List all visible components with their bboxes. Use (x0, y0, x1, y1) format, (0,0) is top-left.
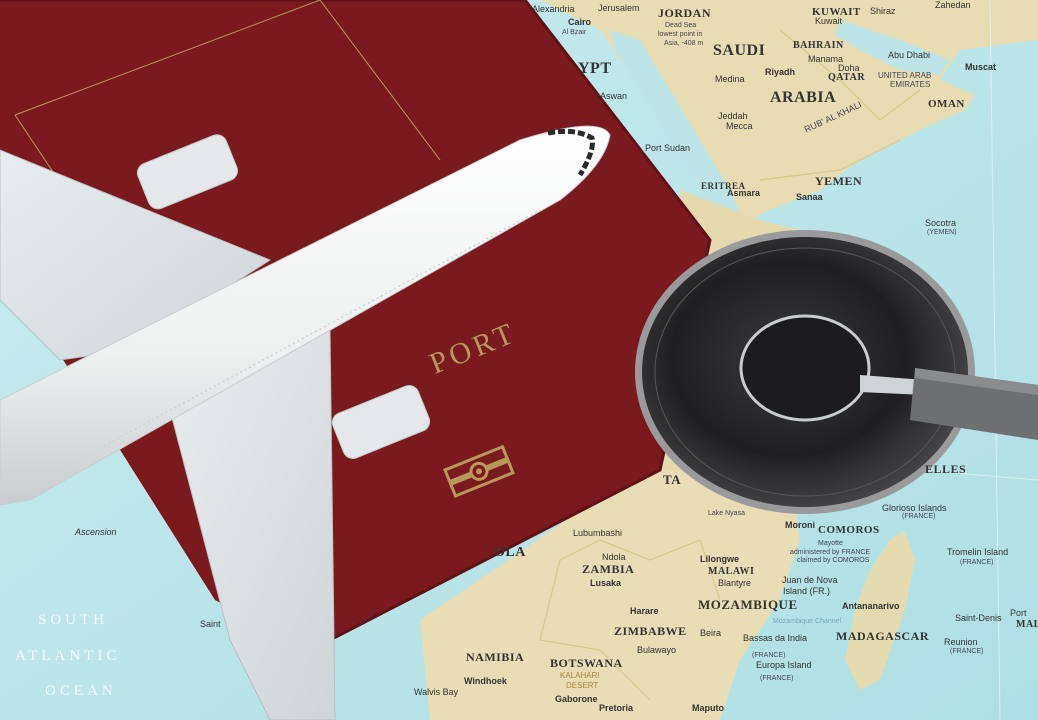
map-label-jeddah: Jeddah (718, 111, 748, 121)
map-label-mauritius: MAL (1016, 619, 1038, 630)
map-label-egypt: YPT (578, 60, 612, 78)
map-label-zahedan: Zahedan (935, 0, 971, 10)
map-label-tanzania: TA (663, 472, 681, 488)
map-label-ocean: OCEAN (45, 683, 117, 700)
map-label-pretoria: Pretoria (599, 703, 633, 713)
map-label-asia-depth: Asia, -408 m (664, 40, 703, 47)
map-label-cairo: Cairo (568, 17, 591, 27)
map-label-bulawayo: Bulawayo (637, 645, 676, 655)
map-label-medina: Medina (715, 74, 745, 84)
map-label-walvis-bay: Walvis Bay (414, 687, 458, 697)
map-label-alexandria: Alexandria (532, 4, 575, 14)
map-label-saudi: SAUDI (713, 42, 765, 60)
map-label-juan-island: Island (FR.) (783, 586, 830, 596)
map-label-lubumbashi: Lubumbashi (573, 528, 622, 538)
map-label-juan-de-nova: Juan de Nova (782, 575, 838, 585)
map-label-beira: Beira (700, 628, 721, 638)
map-label-tromelin: Tromelin Island (947, 547, 1008, 557)
map-label-oman: OMAN (928, 98, 965, 110)
map-label-bahrain: BAHRAIN (793, 40, 844, 51)
map-label-port: Port (1010, 608, 1027, 618)
map-label-moroni: Moroni (785, 520, 815, 530)
map-background (0, 0, 1038, 720)
map-label-malawi: MALAWI (708, 566, 754, 577)
map-label-reunion: Reunion (944, 637, 978, 647)
map-label-ndola: Ndola (602, 552, 626, 562)
map-label-antananarivo: Antananarivo (842, 601, 900, 611)
map-label-lowest: lowest point in (658, 31, 702, 38)
map-label-glorioso-france: (FRANCE) (902, 513, 935, 520)
map-label-riyadh: Riyadh (765, 67, 795, 77)
map-label-lilongwe: Lilongwe (700, 554, 739, 564)
map-label-kuwait-city: Kuwait (815, 16, 842, 26)
map-label-lake-nyasa: Lake Nyasa (708, 510, 745, 517)
map-label-zimbabwe: ZIMBABWE (614, 624, 687, 639)
map-label-mozambique: MOZAMBIQUE (698, 597, 798, 613)
map-label-glorioso: Glorioso Islands (882, 503, 947, 513)
map-label-ascension: Ascension (75, 527, 117, 537)
map-label-al-bzair: Al Bzair (562, 29, 586, 36)
map-label-jordan: JORDAN (658, 6, 711, 21)
map-label-port-sudan: Port Sudan (645, 143, 690, 153)
map-label-sanaa: Sanaa (796, 192, 823, 202)
map-label-comoros: COMOROS (818, 524, 880, 536)
map-label-arabia: ARABIA (770, 89, 836, 107)
map-label-kalahari-desert: DESERT (566, 681, 598, 690)
map-label-botswana: BOTSWANA (550, 656, 623, 671)
map-label-asmara: Asmara (727, 188, 760, 198)
map-label-saint: Saint (200, 619, 221, 629)
map-label-mecca: Mecca (726, 121, 753, 131)
map-label-muscat: Muscat (965, 62, 996, 72)
map-label-bassas-france: (FRANCE) (752, 652, 785, 659)
map-label-south: SOUTH (38, 612, 108, 629)
map-label-uae-2: EMIRATES (890, 80, 930, 89)
map-label-zambia: ZAMBIA (582, 562, 634, 577)
map-label-mayotte-admin: administered by FRANCE (790, 549, 870, 556)
map-label-socotra-yemen: (YEMEN) (927, 229, 957, 236)
map-label-europa-france: (FRANCE) (760, 675, 793, 682)
map-label-blantyre: Blantyre (718, 578, 751, 588)
map-label-europa: Europa Island (756, 660, 812, 670)
map-label-windhoek: Windhoek (464, 676, 507, 686)
map-label-reunion-france: (FRANCE) (950, 648, 983, 655)
map-label-maputo: Maputo (692, 703, 724, 713)
map-label-tromelin-france: (FRANCE) (960, 559, 993, 566)
map-label-aswan: Aswan (600, 91, 627, 101)
map-label-uae-1: UNITED ARAB (878, 71, 931, 80)
map-label-dead-sea: Dead Sea (665, 22, 696, 29)
photo-scene: PORT Alexandria Jerusalem JORDAN Cairo A… (0, 0, 1038, 720)
map-label-atlantic: ATLANTIC (15, 648, 120, 665)
map-label-lusaka: Lusaka (590, 578, 621, 588)
map-label-mozambique-channel: Mozambique Channel (773, 618, 841, 625)
map-label-shiraz: Shiraz (870, 6, 896, 16)
map-label-saint-denis: Saint-Denis (955, 613, 1002, 623)
map-label-mayotte-claim: claimed by COMOROS (797, 557, 869, 564)
map-label-harare: Harare (630, 606, 659, 616)
map-label-socotra: Socotra (925, 218, 956, 228)
map-label-abu-dhabi: Abu Dhabi (888, 50, 930, 60)
map-label-madagascar: MADAGASCAR (836, 629, 929, 644)
map-label-namibia: NAMIBIA (466, 650, 524, 665)
map-label-kalahari: KALAHARI (560, 671, 600, 680)
map-label-mayotte: Mayotte (818, 540, 843, 547)
map-label-yemen: YEMEN (815, 174, 862, 189)
map-label-jerusalem: Jerusalem (598, 3, 640, 13)
map-label-qatar: QATAR (828, 72, 865, 83)
map-label-bassas-da-india: Bassas da India (743, 633, 807, 643)
map-label-gaborone: Gaborone (555, 694, 598, 704)
map-label-angola: OLA (494, 545, 526, 561)
map-label-seychelles: ELLES (925, 462, 966, 477)
